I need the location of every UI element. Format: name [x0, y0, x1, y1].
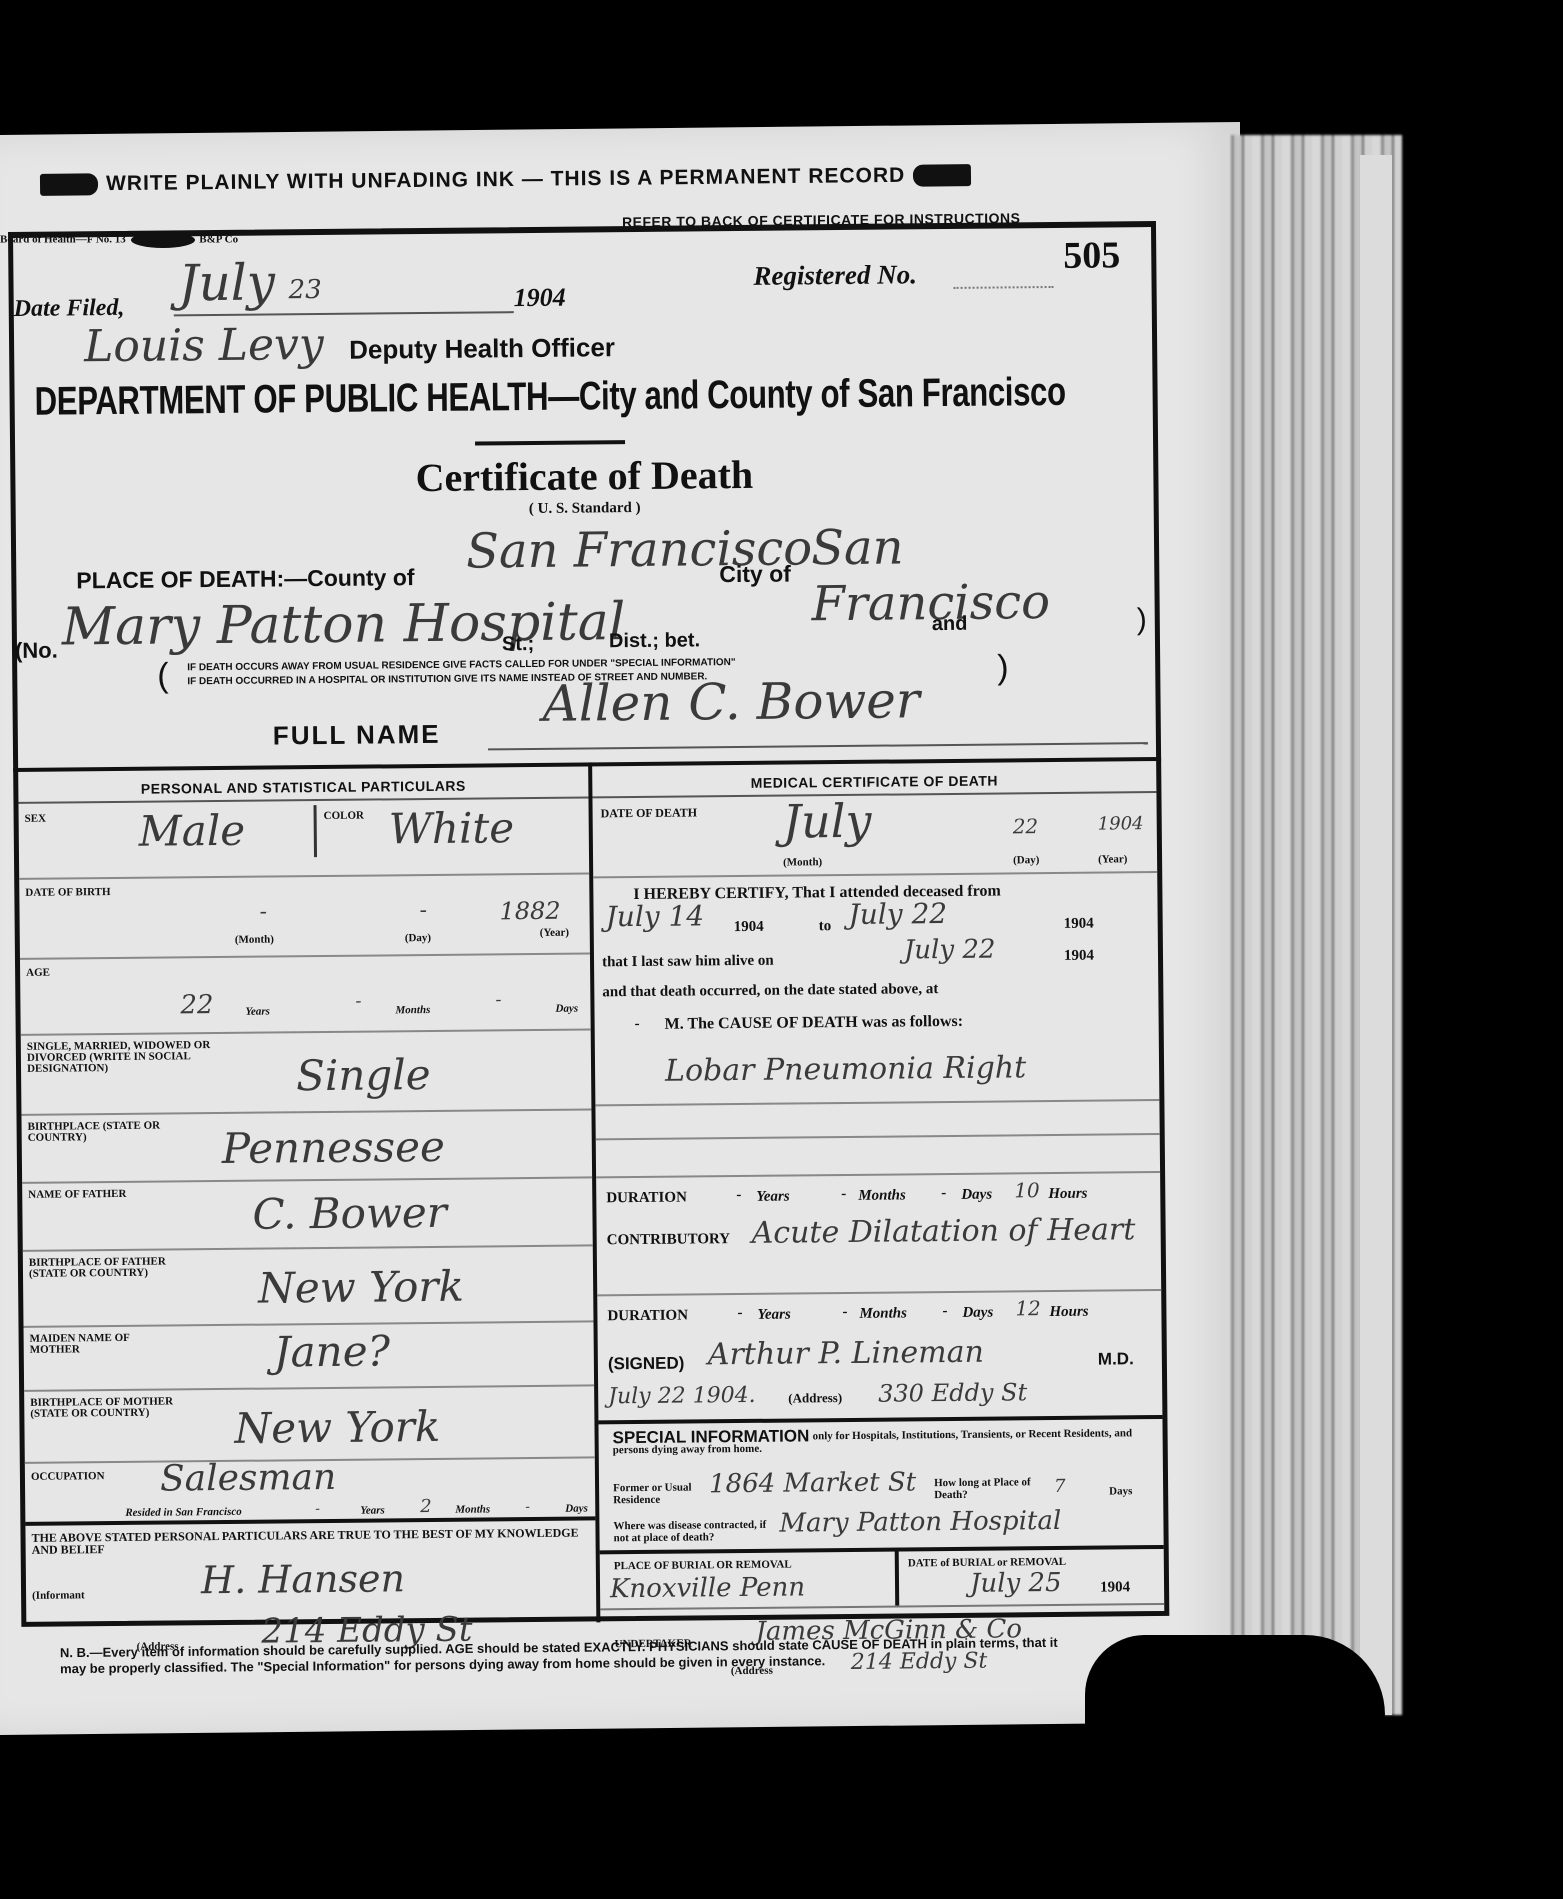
registered-no-label: Registered No. [753, 259, 917, 292]
sex-value: Male [139, 806, 246, 856]
full-name-value: Allen C. Bower [542, 671, 920, 733]
officer-signature: Louis Levy [84, 319, 324, 372]
death-occurred-text: and that death occurred, on the date sta… [602, 981, 938, 1001]
sex-color-separator [314, 805, 317, 857]
duration-2-years: - [737, 1305, 742, 1322]
age-row: AGE 22 Years - Months - Days [20, 954, 591, 1035]
physician-address-label: (Address) [788, 1390, 842, 1407]
color-value: White [389, 803, 515, 853]
death-time: - [635, 1016, 640, 1033]
date-filed-year: 1904 [514, 283, 566, 313]
occupation-value: Salesman [160, 1457, 337, 1500]
duration-hours-label: Hours [1049, 1304, 1088, 1321]
dod-year-label: (Year) [1098, 853, 1127, 865]
cause-blank-row [595, 1101, 1159, 1140]
father-row: NAME OF FATHER C. Bower [22, 1178, 593, 1251]
duration-label: DURATION [606, 1190, 687, 1208]
last-saw-year: 1904 [1064, 948, 1094, 965]
special-information: SPECIAL INFORMATION only for Hospitals, … [598, 1419, 1163, 1554]
color-label: COLOR [324, 811, 364, 822]
duration-2-months: - [842, 1304, 847, 1321]
signed-label: (SIGNED) [608, 1354, 685, 1375]
father-value: C. Bower [252, 1188, 447, 1239]
location-value: Mary Patton Hospital [62, 592, 626, 657]
burial-rule [600, 1603, 1164, 1610]
and-label: and [932, 613, 968, 636]
dod-day-label: (Day) [1013, 854, 1039, 866]
burial-date: July 25 [970, 1568, 1062, 1599]
physician-address: 330 Eddy St [878, 1378, 1027, 1407]
contributory-row: CONTRIBUTORY Acute Dilatation of Heart [596, 1213, 1161, 1296]
pointing-hand-icon [40, 174, 98, 197]
attended-from: July 14 [605, 899, 704, 933]
informant-label: (Informant [32, 1589, 85, 1602]
father-label: NAME OF FATHER [28, 1189, 128, 1201]
age-years: 22 [180, 990, 213, 1020]
resided-months-label: Months [455, 1503, 490, 1515]
father-birthplace-value: New York [258, 1262, 464, 1313]
mother-row: MAIDEN NAME OF MOTHER Jane? [24, 1322, 595, 1391]
street-no-label: (No. [15, 638, 58, 664]
paren-open: ( [157, 656, 169, 695]
occupation-row: OCCUPATION Salesman Resided in San Franc… [25, 1458, 596, 1525]
how-long-value: 7 [1054, 1476, 1066, 1497]
age-days: - [495, 989, 501, 1010]
certificate-form: Date Filed, July 23 1904 Registered No. … [8, 221, 1169, 1627]
duration-years-label: Years [756, 1189, 790, 1206]
age-label: AGE [26, 968, 50, 979]
contracted-value: Mary Patton Hospital [779, 1506, 1061, 1539]
dob-day: - [419, 898, 427, 923]
full-name-label: FULL NAME [273, 719, 441, 752]
contributory-value: Acute Dilatation of Heart [751, 1211, 1151, 1253]
dod-year: 1904 [1098, 813, 1144, 834]
residence-value: 1864 Market St [709, 1467, 916, 1499]
to-label: to [819, 918, 832, 935]
cause-row: Lobar Pneumonia Right [595, 1055, 1159, 1106]
duration-days-label: Days [961, 1187, 992, 1204]
resided-label: Resided in San Francisco [125, 1506, 242, 1519]
age-months: - [355, 991, 361, 1012]
last-saw-label: that I last saw him alive on [602, 953, 774, 972]
duration-2-hours: 12 [1015, 1296, 1041, 1320]
dod-day: 22 [1013, 814, 1039, 838]
father-birthplace-row: BIRTHPLACE OF FATHER (State or Country) … [23, 1246, 594, 1327]
duration-1-years: - [736, 1187, 741, 1204]
duration-1-hours: 10 [1014, 1178, 1040, 1202]
city-value: San Francisco [811, 517, 1155, 632]
duration-1-days-blank: - [941, 1185, 946, 1202]
age-months-label: Months [395, 1004, 430, 1016]
duration-hours-label: Hours [1048, 1186, 1087, 1203]
mother-birthplace-row: BIRTHPLACE OF MOTHER (State or Country) … [24, 1386, 595, 1463]
how-long-label: How long at Place of Death? [934, 1476, 1034, 1501]
burial-place: Knoxville Penn [610, 1572, 805, 1604]
sex-color-row: SEX Male COLOR White [18, 798, 589, 879]
dob-day-label: (Day) [405, 932, 431, 944]
dob-month: - [259, 900, 267, 925]
age-days-label: Days [555, 1003, 578, 1015]
occupation-label: OCCUPATION [31, 1471, 105, 1483]
age-years-label: Years [245, 1006, 270, 1018]
cause-blank-row-2 [596, 1135, 1160, 1178]
resided-days: - [525, 1499, 530, 1515]
title-divider [475, 440, 625, 445]
md-label: M.D. [1098, 1349, 1134, 1369]
contracted-label: Where was disease contracted, if not at … [613, 1519, 773, 1545]
burial-separator [895, 1552, 900, 1606]
resided-years: - [315, 1501, 320, 1517]
paren-close: ) [1137, 603, 1147, 637]
duration-row-2: DURATION - Years - Months - Days 12 Hour… [597, 1291, 1161, 1336]
date-filed-label: Date Filed, [14, 295, 125, 323]
signed-date: July 22 1904. [608, 1383, 756, 1409]
signature-block: (SIGNED) Arthur P. Lineman M.D. July 22 … [598, 1331, 1163, 1424]
dod-month: July [782, 794, 871, 849]
father-birthplace-label: BIRTHPLACE OF FATHER (State or Country) [29, 1256, 179, 1279]
pointing-hand-icon [913, 165, 971, 188]
marital-row: SINGLE, MARRIED, WIDOWED OR DIVORCED (Wr… [21, 1030, 592, 1115]
personal-particulars: PERSONAL AND STATISTICAL PARTICULARS SEX… [18, 766, 597, 1665]
dob-row: DATE OF BIRTH - - 1882 (Month) (Day) (Ye… [19, 874, 590, 959]
medical-certificate: MEDICAL CERTIFICATE OF DEATH DATE OF DEA… [592, 761, 1165, 1684]
sex-label: SEX [25, 814, 47, 825]
residence-label: Former or Usual Residence [613, 1481, 703, 1506]
date-filed-day: 23 [288, 275, 321, 305]
book-page-edge [1360, 155, 1392, 1715]
registered-no-line [954, 286, 1054, 289]
duration-1-months: - [841, 1186, 846, 1203]
mother-value: Jane? [274, 1326, 391, 1376]
mother-birthplace-value: New York [234, 1402, 440, 1453]
date-filed-line [174, 311, 514, 316]
birthplace-row: BIRTHPLACE (State or Country) Pennessee [21, 1110, 592, 1183]
resided-days-label: Days [565, 1502, 588, 1514]
place-of-death-label: PLACE OF DEATH:—County of [76, 564, 414, 594]
burial-place-label: PLACE OF BURIAL OR REMOVAL [614, 1559, 792, 1573]
informant-name: H. Hansen [201, 1556, 405, 1602]
duration-months-label: Months [859, 1305, 907, 1322]
how-long-unit: Days [1109, 1485, 1132, 1497]
marital-label: SINGLE, MARRIED, WIDOWED OR DIVORCED (Wr… [27, 1040, 247, 1075]
burial-year: 1904 [1100, 1579, 1130, 1596]
paren-close: ) [997, 648, 1009, 687]
attended-from-year: 1904 [734, 919, 764, 936]
physician-signature: Arthur P. Lineman [708, 1335, 984, 1373]
dob-year: 1882 [499, 897, 560, 926]
duration-months-label: Months [858, 1187, 906, 1204]
registered-no: 505 [1063, 233, 1120, 278]
date-of-death-row: DATE OF DEATH July 22 1904 (Month) (Day)… [592, 793, 1157, 878]
cause-intro: M. The CAUSE OF DEATH was as follows: [665, 1013, 964, 1034]
certify-block: I HEREBY CERTIFY, That I attended deceas… [593, 873, 1159, 1060]
mother-birthplace-label: BIRTHPLACE OF MOTHER (State or Country) [30, 1396, 180, 1419]
resided-months: 2 [420, 1496, 432, 1517]
date-filed-month: July [178, 253, 275, 312]
duration-days-label: Days [962, 1305, 993, 1322]
officer-title: Deputy Health Officer [349, 332, 615, 366]
resided-years-label: Years [360, 1504, 385, 1516]
dob-month-label: (Month) [235, 933, 274, 945]
dob-year-label: (Year) [540, 927, 569, 939]
department-title: DEPARTMENT OF PUBLIC HEALTH—City and Cou… [34, 370, 1065, 425]
duration-label: DURATION [607, 1308, 688, 1326]
birthplace-label: BIRTHPLACE (State or Country) [28, 1120, 178, 1143]
district-label: Dist.; bet. [609, 629, 700, 653]
mother-label: MAIDEN NAME OF MOTHER [30, 1333, 160, 1356]
city-label: City of [719, 561, 791, 589]
street-label: St.; [502, 633, 534, 656]
dod-label: DATE OF DEATH [601, 805, 698, 821]
attended-to-year: 1904 [1064, 916, 1094, 933]
dod-month-label: (Month) [783, 856, 822, 868]
medical-heading: MEDICAL CERTIFICATE OF DEATH [592, 761, 1156, 798]
marital-value: Single [296, 1050, 431, 1100]
attended-to: July 22 [848, 897, 947, 931]
birthplace-value: Pennessee [222, 1122, 445, 1173]
last-saw-date: July 22 [904, 935, 996, 966]
informant-attest: THE ABOVE STATED PERSONAL PARTICULARS AR… [31, 1526, 591, 1555]
full-name-line [488, 742, 1148, 750]
thumb-shadow [1085, 1635, 1385, 1895]
duration-years-label: Years [757, 1307, 791, 1324]
special-note: only for Hospitals, Institutions, Transi… [613, 1427, 1153, 1456]
dob-label: DATE OF BIRTH [25, 887, 110, 899]
duration-2-days-blank: - [942, 1303, 947, 1320]
contributory-label: CONTRIBUTORY [607, 1231, 731, 1249]
cause-value: Lobar Pneumonia Right [665, 1050, 1026, 1088]
